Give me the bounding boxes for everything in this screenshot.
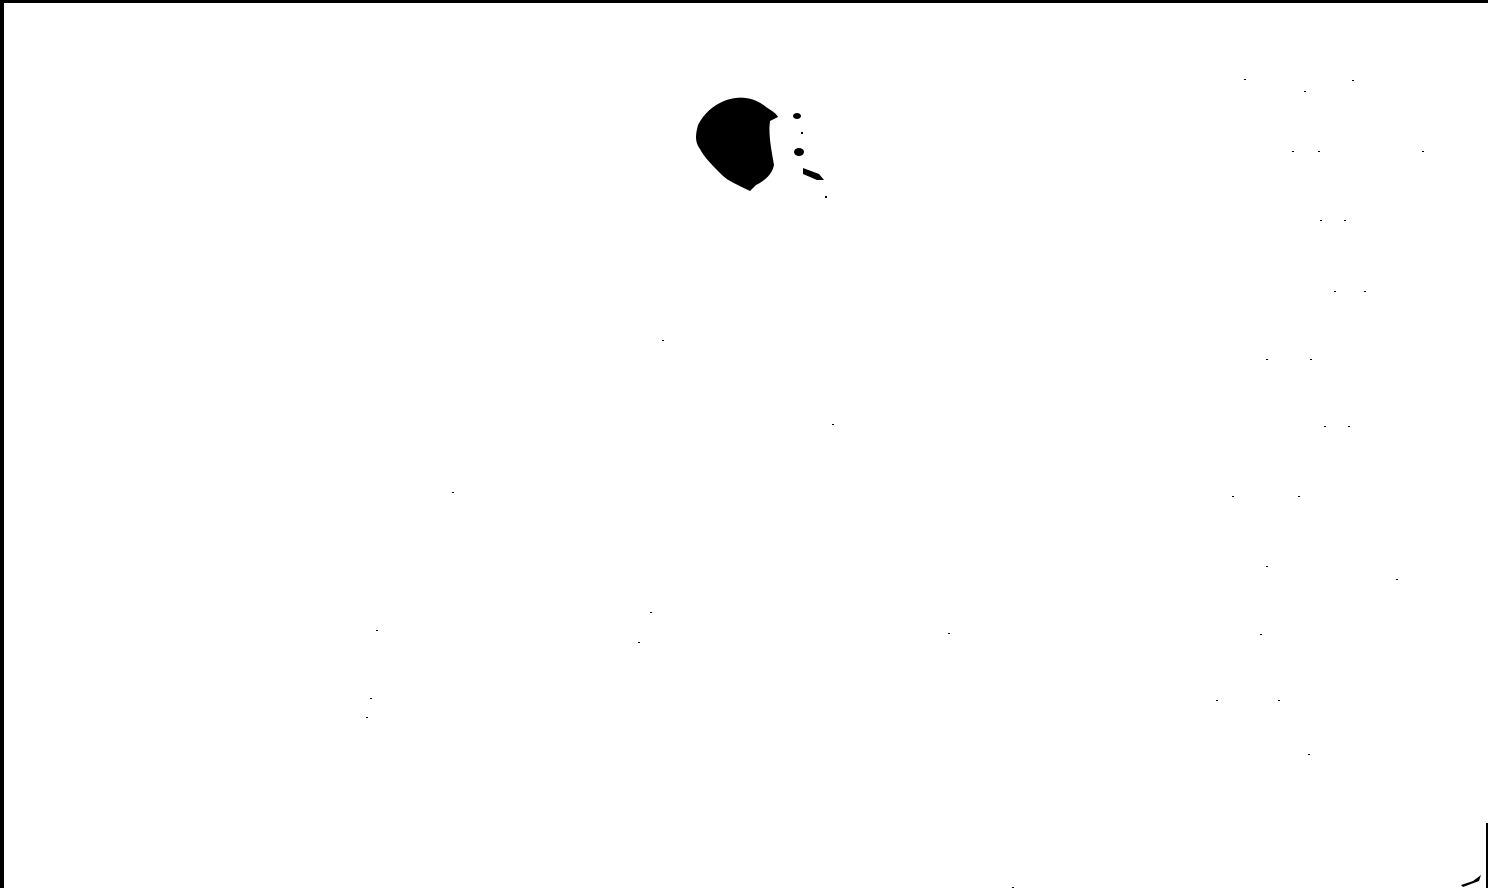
noise-specks <box>4 3 1488 888</box>
corner-mark-icon <box>1459 869 1488 888</box>
screen-canvas: Near-blank, heavily thresholded screen c… <box>0 0 1488 888</box>
